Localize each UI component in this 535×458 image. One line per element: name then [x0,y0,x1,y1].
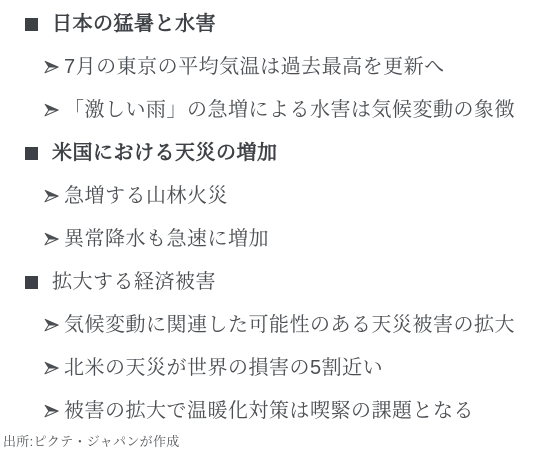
section-title: 日本の猛暑と水害 [52,12,216,36]
arrow-bullet-icon [44,361,60,375]
arrow-bullet-icon [44,60,60,74]
bullet-item: 7月の東京の平均気温は過去最高を更新へ [0,55,535,79]
bullet-text: 7月の東京の平均気温は過去最高を更新へ [64,55,445,79]
bullet-item: 急増する山林火災 [0,184,535,208]
arrow-bullet-icon [44,318,60,332]
section-title: 米国における天災の増加 [52,141,278,165]
bullet-text: 急増する山林火災 [64,184,228,208]
bullet-text: 北米の天災が世界の損害の5割近い [64,356,383,380]
section-heading: 拡大する経済被害 [0,270,535,294]
square-bullet-icon [25,276,38,289]
bullet-text: 気候変動に関連した可能性のある天災被害の拡大 [64,313,515,337]
bullet-text: 異常降水も急速に増加 [64,227,269,251]
bullet-item: 「激しい雨」の急増による水害は気候変動の象徴 [0,98,535,122]
bullet-item: 北米の天災が世界の損害の5割近い [0,356,535,380]
arrow-bullet-icon [44,232,60,246]
slide-outline: 日本の猛暑と水害 7月の東京の平均気温は過去最高を更新へ 「激しい雨」の急増によ… [0,0,535,458]
bullet-text: 被害の拡大で温暖化対策は喫緊の課題となる [64,399,474,423]
section-heading: 米国における天災の増加 [0,141,535,165]
section-heading: 日本の猛暑と水害 [0,12,535,36]
bullet-item: 気候変動に関連した可能性のある天災被害の拡大 [0,313,535,337]
square-bullet-icon [25,18,38,31]
bullet-item: 被害の拡大で温暖化対策は喫緊の課題となる [0,399,535,423]
arrow-bullet-icon [44,404,60,418]
source-note: 出所:ピクテ・ジャパンが作成 [3,431,180,450]
arrow-bullet-icon [44,103,60,117]
arrow-bullet-icon [44,189,60,203]
square-bullet-icon [25,147,38,160]
bullet-item: 異常降水も急速に増加 [0,227,535,251]
section-title: 拡大する経済被害 [52,270,216,294]
bullet-text: 「激しい雨」の急増による水害は気候変動の象徴 [64,98,515,122]
